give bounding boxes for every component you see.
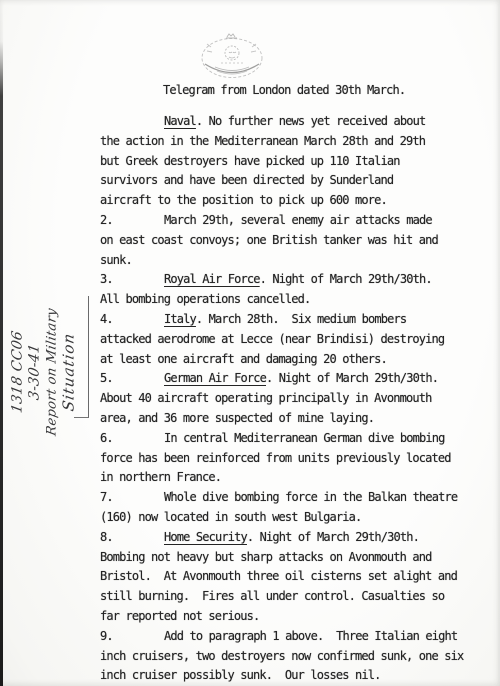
margin-note-line: 1318 CC06 xyxy=(10,287,27,457)
typed-line: inch cruisers, two destroyers now confir… xyxy=(100,647,480,667)
typed-line: on east coast convoys; one British tanke… xyxy=(100,231,480,251)
typed-line: 8.Home Security. Night of March 29th/30t… xyxy=(100,528,480,548)
underlined-heading: Home Security xyxy=(164,530,247,544)
paragraph: 7.Whole dive bombing force in the Balkan… xyxy=(100,488,480,528)
typed-line: inch cruiser possibly sunk. Our losses n… xyxy=(100,666,480,686)
typed-line: force has been reinforced from units pre… xyxy=(100,449,480,469)
typed-line: but Greek destroyers have picked up 110 … xyxy=(100,152,480,172)
typed-line: Bristol. At Avonmouth three oil cisterns… xyxy=(100,567,480,587)
paragraph: 8.Home Security. Night of March 29th/30t… xyxy=(100,528,480,627)
underlined-heading: Royal Air Force xyxy=(164,272,260,286)
margin-note-line: Report on Military xyxy=(44,287,61,457)
typed-line: the action in the Mediterranean March 28… xyxy=(100,132,480,152)
paragraph-number: 9. xyxy=(100,627,113,647)
paragraph-number: 2. xyxy=(100,211,113,231)
typed-line: Naval. No further news yet received abou… xyxy=(100,112,480,132)
pencil-margin-bracket xyxy=(74,296,89,418)
paragraph: 2.March 29th, several enemy air attacks … xyxy=(100,211,480,270)
underlined-heading: Naval xyxy=(164,114,196,128)
typed-line: Bombing not heavy but sharp attacks on A… xyxy=(100,548,480,568)
paragraph-number: 3. xyxy=(100,270,113,290)
paragraph: 3.Royal Air Force. Night of March 29th/3… xyxy=(100,270,480,310)
underlined-heading: Italy xyxy=(164,312,196,326)
paragraph: 5.German Air Force. Night of March 29th/… xyxy=(100,369,480,428)
paragraph-number: 6. xyxy=(100,429,113,449)
document-page: Telegram from London dated 30th March. N… xyxy=(0,0,500,686)
typed-line: attacked aerodrome at Lecce (near Brindi… xyxy=(100,330,480,350)
typed-line: 7.Whole dive bombing force in the Balkan… xyxy=(100,488,480,508)
typed-line: in northern France. xyxy=(100,468,480,488)
typed-line: sunk. xyxy=(100,251,480,271)
typed-line: 6.In central Mediterranean German dive b… xyxy=(100,429,480,449)
underlined-heading: German Air Force xyxy=(164,371,266,385)
paragraph: 6.In central Mediterranean German dive b… xyxy=(100,429,480,488)
typed-line: 9.Add to paragraph 1 above. Three Italia… xyxy=(100,627,480,647)
handwritten-margin-note: 1318 CC063-30-41Report on MilitarySituat… xyxy=(10,289,82,456)
typed-line: 4.Italy. March 28th. Six medium bombers xyxy=(100,310,480,330)
typed-line: 3.Royal Air Force. Night of March 29th/3… xyxy=(100,270,480,290)
paragraph: 9.Add to paragraph 1 above. Three Italia… xyxy=(100,627,480,686)
paragraph-number: 4. xyxy=(100,310,113,330)
scan-edge-shadow xyxy=(0,0,3,686)
typed-line: 2.March 29th, several enemy air attacks … xyxy=(100,211,480,231)
typed-line: (160) now located in south west Bulgaria… xyxy=(100,508,480,528)
paragraph-number: 8. xyxy=(100,528,113,548)
typed-line: survivors and have been directed by Sund… xyxy=(100,171,480,191)
paragraph-number: 7. xyxy=(100,488,113,508)
typed-line: at least one aircraft and damaging 20 ot… xyxy=(100,350,480,370)
paragraph: 4.Italy. March 28th. Six medium bombersa… xyxy=(100,310,480,369)
paragraph-number: 5. xyxy=(100,369,113,389)
typed-line: All bombing operations cancelled. xyxy=(100,290,480,310)
typed-line: 5.German Air Force. Night of March 29th/… xyxy=(100,369,480,389)
embossed-seal-stamp xyxy=(199,31,265,83)
paragraph: Naval. No further news yet received abou… xyxy=(100,112,480,211)
typed-line: far reported not serious. xyxy=(100,607,480,627)
telegram-body: Naval. No further news yet received abou… xyxy=(100,112,480,686)
typed-line: still burning. Fires all under control. … xyxy=(100,587,480,607)
document-title: Telegram from London dated 30th March. xyxy=(163,83,405,97)
typed-line: area, and 36 more suspected of mine layi… xyxy=(100,409,480,429)
typed-line: aircraft to the position to pick up 600 … xyxy=(100,191,480,211)
margin-note-line: 3-30-41 xyxy=(27,287,44,457)
typed-line: About 40 aircraft operating principally … xyxy=(100,389,480,409)
